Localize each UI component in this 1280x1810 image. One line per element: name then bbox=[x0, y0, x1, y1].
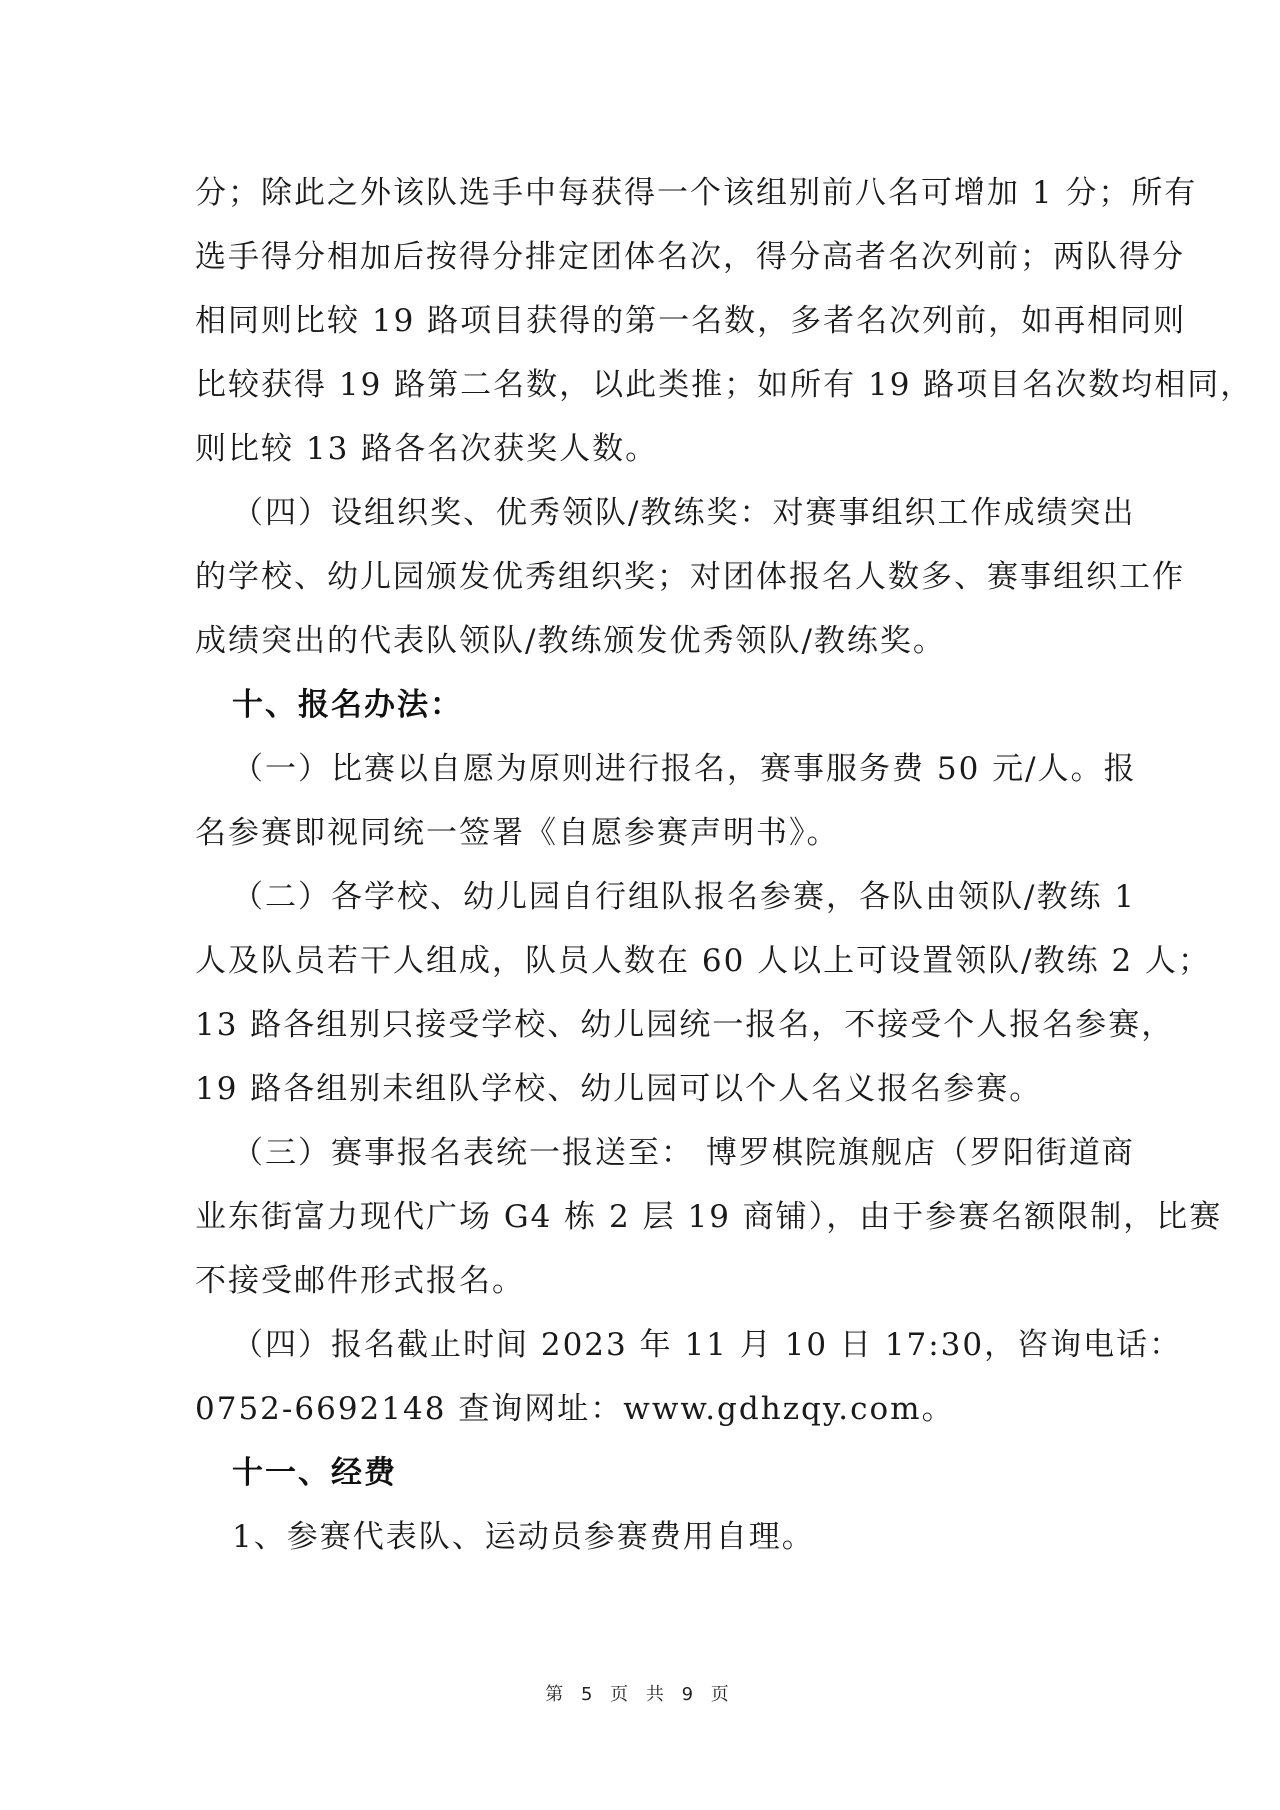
paragraph-line: （四）报名截止时间 2023 年 11 月 10 日 17:30，咨询电话： bbox=[232, 1325, 1090, 1365]
page-number-footer: 第 5 页 共 9 页 bbox=[0, 1680, 1280, 1706]
paragraph-line: 13 路各组别只接受学校、幼儿园统一报名，不接受个人报名参赛， bbox=[195, 1005, 1090, 1045]
paragraph-line: 成绩突出的代表队领队/教练颁发优秀领队/教练奖。 bbox=[195, 621, 1090, 661]
paragraph-line: 人及队员若干人组成，队员人数在 60 人以上可设置领队/教练 2 人； bbox=[195, 941, 1090, 981]
paragraph-line: 不接受邮件形式报名。 bbox=[195, 1261, 1090, 1301]
document-page: 分；除此之外该队选手中每获得一个该组别前八名可增加 1 分；所有 选手得分相加后… bbox=[0, 0, 1280, 1810]
section-heading-funding: 十一、经费 bbox=[232, 1453, 1127, 1493]
paragraph-line: 分；除此之外该队选手中每获得一个该组别前八名可增加 1 分；所有 bbox=[195, 173, 1090, 213]
paragraph-line: 比较获得 19 路第二名数，以此类推；如所有 19 路项目名次数均相同， bbox=[195, 365, 1090, 405]
paragraph-line: （二）各学校、幼儿园自行组队报名参赛，各队由领队/教练 1 bbox=[232, 877, 1090, 917]
paragraph-line: 选手得分相加后按得分排定团体名次，得分高者名次列前；两队得分 bbox=[195, 237, 1090, 277]
paragraph-line: （三）赛事报名表统一报送至： 博罗棋院旗舰店（罗阳街道商 bbox=[232, 1133, 1090, 1173]
paragraph-line: 1、参赛代表队、运动员参赛费用自理。 bbox=[232, 1517, 1127, 1557]
paragraph-line: 0752-6692148 查询网址：www.gdhzqy.com。 bbox=[195, 1389, 1090, 1429]
paragraph-line: 19 路各组别未组队学校、幼儿园可以个人名义报名参赛。 bbox=[195, 1069, 1090, 1109]
section-heading-registration: 十、报名办法： bbox=[232, 685, 1127, 725]
paragraph-line: 的学校、幼儿园颁发优秀组织奖；对团体报名人数多、赛事组织工作 bbox=[195, 557, 1090, 597]
paragraph-line: 业东街富力现代广场 G4 栋 2 层 19 商铺），由于参赛名额限制，比赛 bbox=[195, 1197, 1090, 1237]
paragraph-line: （一）比赛以自愿为原则进行报名，赛事服务费 50 元/人。报 bbox=[232, 749, 1090, 789]
paragraph-line: 相同则比较 19 路项目获得的第一名数，多者名次列前，如再相同则 bbox=[195, 301, 1090, 341]
paragraph-line: 名参赛即视同统一签署《自愿参赛声明书》。 bbox=[195, 813, 1090, 853]
paragraph-line: 则比较 13 路各名次获奖人数。 bbox=[195, 429, 1090, 469]
paragraph-line: （四）设组织奖、优秀领队/教练奖：对赛事组织工作成绩突出 bbox=[232, 493, 1090, 533]
